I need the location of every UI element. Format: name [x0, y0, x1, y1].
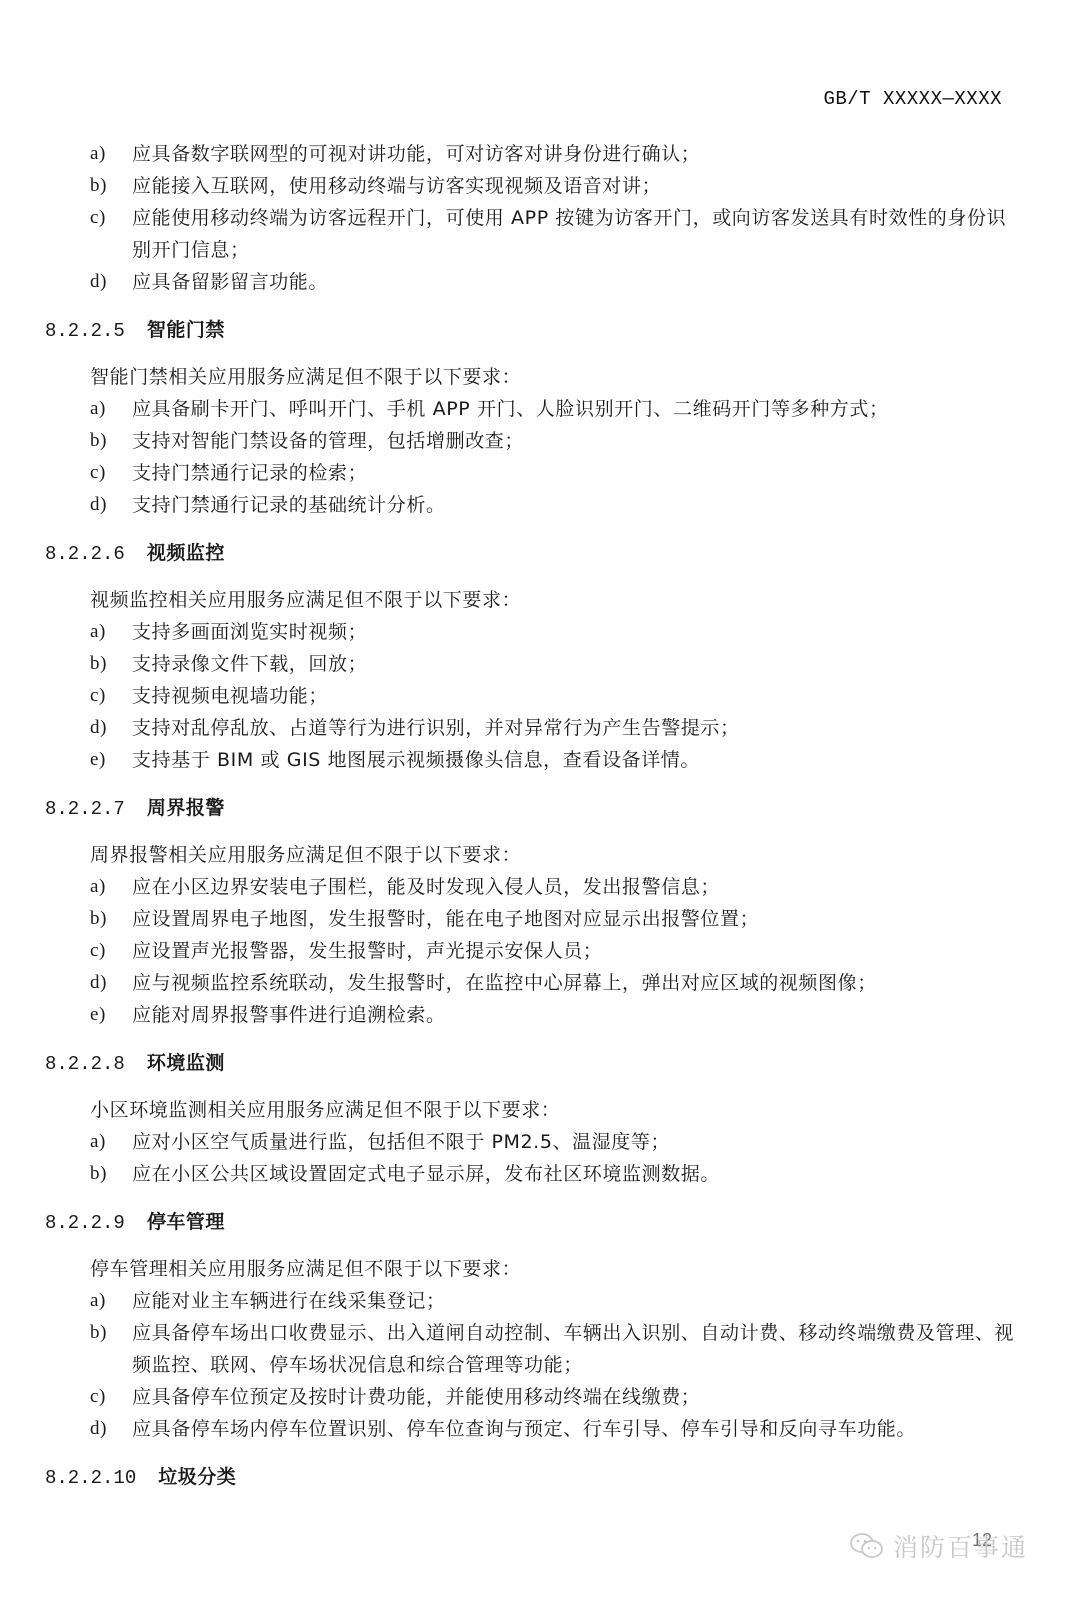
- item-label: d): [90, 712, 107, 744]
- section-number: 8.2.2.5: [45, 320, 125, 342]
- section-access-control: 8.2.2.5智能门禁 智能门禁相关应用服务应满足但不限于以下要求： a)应具备…: [0, 314, 1080, 521]
- list-item: b)应具备停车场出口收费显示、出入道闸自动控制、车辆出入识别、自动计费、移动终端…: [0, 1317, 1080, 1381]
- list-item: b)应在小区公共区域设置固定式电子显示屏，发布社区环境监测数据。: [0, 1158, 1080, 1190]
- section-heading: 8.2.2.5智能门禁: [0, 314, 1080, 347]
- item-text: 支持门禁通行记录的基础统计分析。: [132, 494, 446, 516]
- item-label: b): [90, 425, 107, 457]
- list-item: d)应具备停车场内停车位置识别、停车位查询与预定、行车引导、停车引导和反向寻车功…: [0, 1413, 1080, 1445]
- section-heading: 8.2.2.6视频监控: [0, 537, 1080, 570]
- section-intro: 智能门禁相关应用服务应满足但不限于以下要求：: [0, 361, 1080, 393]
- list-item: a)应在小区边界安装电子围栏，能及时发现入侵人员，发出报警信息；: [0, 871, 1080, 903]
- item-label: c): [90, 1381, 106, 1413]
- list-item: b)应能接入互联网，使用移动终端与访客实现视频及语音对讲；: [0, 170, 1080, 202]
- watermark: 消防百事通: [849, 1528, 1028, 1564]
- list-item: b)应设置周界电子地图，发生报警时，能在电子地图对应显示出报警位置；: [0, 903, 1080, 935]
- section-number: 8.2.2.7: [45, 798, 125, 820]
- item-label: a): [90, 138, 106, 170]
- list-item: a)应具备数字联网型的可视对讲功能，可对访客对讲身份进行确认；: [0, 138, 1080, 170]
- section-heading: 8.2.2.7周界报警: [0, 792, 1080, 825]
- section-number: 8.2.2.9: [45, 1212, 125, 1234]
- list-item: c)支持门禁通行记录的检索；: [0, 457, 1080, 489]
- item-label: a): [90, 1285, 106, 1317]
- item-text: 应具备停车位预定及按时计费功能，并能使用移动终端在线缴费；: [132, 1386, 700, 1408]
- section-intro: 停车管理相关应用服务应满足但不限于以下要求：: [0, 1253, 1080, 1285]
- section-parking-management: 8.2.2.9停车管理 停车管理相关应用服务应满足但不限于以下要求： a)应能对…: [0, 1206, 1080, 1445]
- wechat-icon: [849, 1531, 885, 1561]
- section-title: 停车管理: [147, 1211, 225, 1233]
- section-title: 垃圾分类: [158, 1466, 236, 1488]
- item-text: 支持录像文件下载，回放；: [132, 653, 367, 675]
- item-label: b): [90, 1158, 107, 1190]
- section-perimeter-alarm: 8.2.2.7周界报警 周界报警相关应用服务应满足但不限于以下要求： a)应在小…: [0, 792, 1080, 1031]
- item-text: 支持基于 BIM 或 GIS 地图展示视频摄像头信息，查看设备详情。: [132, 749, 700, 771]
- section-intro: 周界报警相关应用服务应满足但不限于以下要求：: [0, 839, 1080, 871]
- list-item: e)支持基于 BIM 或 GIS 地图展示视频摄像头信息，查看设备详情。: [0, 744, 1080, 776]
- list-item: d)支持门禁通行记录的基础统计分析。: [0, 489, 1080, 521]
- section-title: 环境监测: [147, 1052, 225, 1074]
- list-item: e)应能对周界报警事件进行追溯检索。: [0, 999, 1080, 1031]
- list-item: c)应具备停车位预定及按时计费功能，并能使用移动终端在线缴费；: [0, 1381, 1080, 1413]
- list-item: d)支持对乱停乱放、占道等行为进行识别，并对异常行为产生告警提示；: [0, 712, 1080, 744]
- item-text: 应设置周界电子地图，发生报警时，能在电子地图对应显示出报警位置；: [132, 908, 759, 930]
- section-environment-monitoring: 8.2.2.8环境监测 小区环境监测相关应用服务应满足但不限于以下要求： a)应…: [0, 1047, 1080, 1190]
- list-item: a)支持多画面浏览实时视频；: [0, 616, 1080, 648]
- list-item: c)应设置声光报警器，发生报警时，声光提示安保人员；: [0, 935, 1080, 967]
- item-text: 应具备停车场出口收费显示、出入道闸自动控制、车辆出入识别、自动计费、移动终端缴费…: [132, 1322, 1014, 1376]
- list-item: d)应具备留影留言功能。: [0, 266, 1080, 298]
- watermark-text: 消防百事通: [893, 1528, 1028, 1564]
- item-text: 应在小区公共区域设置固定式电子显示屏，发布社区环境监测数据。: [132, 1163, 720, 1185]
- list-item: d)应与视频监控系统联动，发生报警时，在监控中心屏幕上，弹出对应区域的视频图像；: [0, 967, 1080, 999]
- list-item: b)支持对智能门禁设备的管理，包括增删改查；: [0, 425, 1080, 457]
- item-text: 支持对智能门禁设备的管理，包括增删改查；: [132, 430, 524, 452]
- item-text: 支持多画面浏览实时视频；: [132, 621, 367, 643]
- item-text: 应具备留影留言功能。: [132, 271, 328, 293]
- section-heading: 8.2.2.10垃圾分类: [0, 1461, 1080, 1494]
- item-label: d): [90, 967, 107, 999]
- section-intro: 小区环境监测相关应用服务应满足但不限于以下要求：: [0, 1094, 1080, 1126]
- item-label: e): [90, 744, 106, 776]
- lead-list: a)应具备数字联网型的可视对讲功能，可对访客对讲身份进行确认； b)应能接入互联…: [0, 138, 1080, 298]
- item-text: 应能对业主车辆进行在线采集登记；: [132, 1290, 446, 1312]
- list-item: c)应能使用移动终端为访客远程开门，可使用 APP 按键为访客开门，或向访客发送…: [0, 202, 1080, 266]
- section-number: 8.2.2.10: [45, 1467, 136, 1489]
- item-text: 支持视频电视墙功能；: [132, 685, 328, 707]
- item-text: 支持门禁通行记录的检索；: [132, 462, 367, 484]
- item-label: b): [90, 903, 107, 935]
- item-label: c): [90, 202, 106, 234]
- item-label: a): [90, 393, 106, 425]
- item-text: 应能使用移动终端为访客远程开门，可使用 APP 按键为访客开门，或向访客发送具有…: [132, 207, 1006, 261]
- item-text: 支持对乱停乱放、占道等行为进行识别，并对异常行为产生告警提示；: [132, 717, 740, 739]
- section-number: 8.2.2.8: [45, 1053, 125, 1075]
- item-label: c): [90, 680, 106, 712]
- item-text: 应能对周界报警事件进行追溯检索。: [132, 1004, 446, 1026]
- list-item: a)应对小区空气质量进行监，包括但不限于 PM2.5、温湿度等；: [0, 1126, 1080, 1158]
- item-text: 应在小区边界安装电子围栏，能及时发现入侵人员，发出报警信息；: [132, 876, 720, 898]
- section-title: 智能门禁: [147, 319, 225, 341]
- item-text: 应与视频监控系统联动，发生报警时，在监控中心屏幕上，弹出对应区域的视频图像；: [132, 972, 877, 994]
- item-label: b): [90, 170, 107, 202]
- section-intro: 视频监控相关应用服务应满足但不限于以下要求：: [0, 584, 1080, 616]
- item-label: a): [90, 871, 106, 903]
- item-text: 应具备数字联网型的可视对讲功能，可对访客对讲身份进行确认；: [132, 143, 700, 165]
- item-label: d): [90, 266, 107, 298]
- item-text: 应设置声光报警器，发生报警时，声光提示安保人员；: [132, 940, 602, 962]
- section-heading: 8.2.2.8环境监测: [0, 1047, 1080, 1080]
- standard-code: GB/T XXXXX—XXXX: [823, 88, 1002, 110]
- item-label: a): [90, 616, 106, 648]
- item-label: b): [90, 648, 107, 680]
- item-label: e): [90, 999, 106, 1031]
- item-label: d): [90, 1413, 107, 1445]
- item-text: 应具备停车场内停车位置识别、停车位查询与预定、行车引导、停车引导和反向寻车功能。: [132, 1418, 916, 1440]
- item-label: a): [90, 1126, 106, 1158]
- section-title: 周界报警: [147, 797, 225, 819]
- item-text: 应对小区空气质量进行监，包括但不限于 PM2.5、温湿度等；: [132, 1131, 670, 1153]
- item-label: c): [90, 457, 106, 489]
- list-item: a)应能对业主车辆进行在线采集登记；: [0, 1285, 1080, 1317]
- item-label: b): [90, 1317, 107, 1349]
- section-number: 8.2.2.6: [45, 543, 125, 565]
- list-item: b)支持录像文件下载，回放；: [0, 648, 1080, 680]
- list-item: c)支持视频电视墙功能；: [0, 680, 1080, 712]
- section-video-surveillance: 8.2.2.6视频监控 视频监控相关应用服务应满足但不限于以下要求： a)支持多…: [0, 537, 1080, 776]
- section-title: 视频监控: [147, 542, 225, 564]
- document-body: a)应具备数字联网型的可视对讲功能，可对访客对讲身份进行确认； b)应能接入互联…: [0, 138, 1080, 1508]
- item-label: c): [90, 935, 106, 967]
- section-waste-sorting: 8.2.2.10垃圾分类: [0, 1461, 1080, 1494]
- item-text: 应具备刷卡开门、呼叫开门、手机 APP 开门、人脸识别开门、二维码开门等多种方式…: [132, 398, 889, 420]
- section-heading: 8.2.2.9停车管理: [0, 1206, 1080, 1239]
- item-text: 应能接入互联网，使用移动终端与访客实现视频及语音对讲；: [132, 175, 661, 197]
- list-item: a)应具备刷卡开门、呼叫开门、手机 APP 开门、人脸识别开门、二维码开门等多种…: [0, 393, 1080, 425]
- item-label: d): [90, 489, 107, 521]
